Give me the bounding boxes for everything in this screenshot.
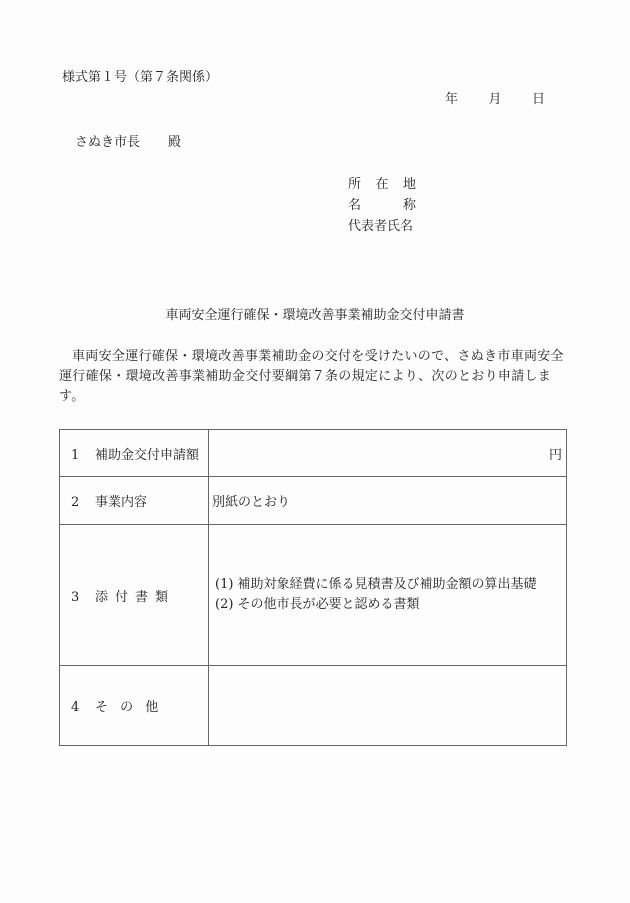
- addressee-name: さぬき市長: [75, 135, 140, 150]
- date-month: 月: [488, 88, 501, 107]
- other-value: [209, 666, 567, 746]
- list-item: (2) その他市長が必要と認める書類: [215, 595, 560, 615]
- address-label: 所 在 地: [348, 174, 416, 195]
- row-label: 3添付書類: [60, 525, 209, 666]
- date-year: 年: [445, 88, 458, 107]
- list-item: (1) 補助対象経費に係る見積書及び補助金額の算出基礎: [215, 575, 560, 595]
- document-body: 車両安全運行確保・環境改善事業補助金の交付を受けたいので、さぬき市車両安全運行確…: [59, 347, 569, 407]
- addressee-honorific: 殿: [168, 135, 181, 150]
- form-number: 様式第１号（第７条関係）: [62, 66, 218, 85]
- amount-field: 円: [209, 430, 567, 477]
- table-row-content: 2事業内容 別紙のとおり: [60, 477, 567, 525]
- table-row-amount: 1補助金交付申請額 円: [60, 430, 567, 477]
- applicant-block: 所 在 地 名 称 代表者氏名: [348, 174, 416, 237]
- document-title: 車両安全運行確保・環境改善事業補助金交付申請書: [0, 304, 630, 323]
- date-line: 年 月 日: [445, 88, 545, 107]
- representative-label: 代表者氏名: [348, 216, 416, 237]
- row-label: 1補助金交付申請額: [60, 430, 209, 477]
- row-label: 2事業内容: [60, 477, 209, 525]
- name-label: 名 称: [348, 195, 416, 216]
- table-row-other: 4そ の 他: [60, 666, 567, 746]
- addressee: さぬき市長殿: [75, 131, 181, 150]
- content-value: 別紙のとおり: [209, 477, 567, 525]
- table-row-attachments: 3添付書類 (1) 補助対象経費に係る見積書及び補助金額の算出基礎 (2) その…: [60, 525, 567, 666]
- row-label: 4そ の 他: [60, 666, 209, 746]
- attachments-list: (1) 補助対象経費に係る見積書及び補助金額の算出基礎 (2) その他市長が必要…: [209, 525, 567, 666]
- application-table: 1補助金交付申請額 円 2事業内容 別紙のとおり 3添付書類 (1) 補助対象経…: [59, 429, 567, 746]
- date-day: 日: [532, 88, 545, 107]
